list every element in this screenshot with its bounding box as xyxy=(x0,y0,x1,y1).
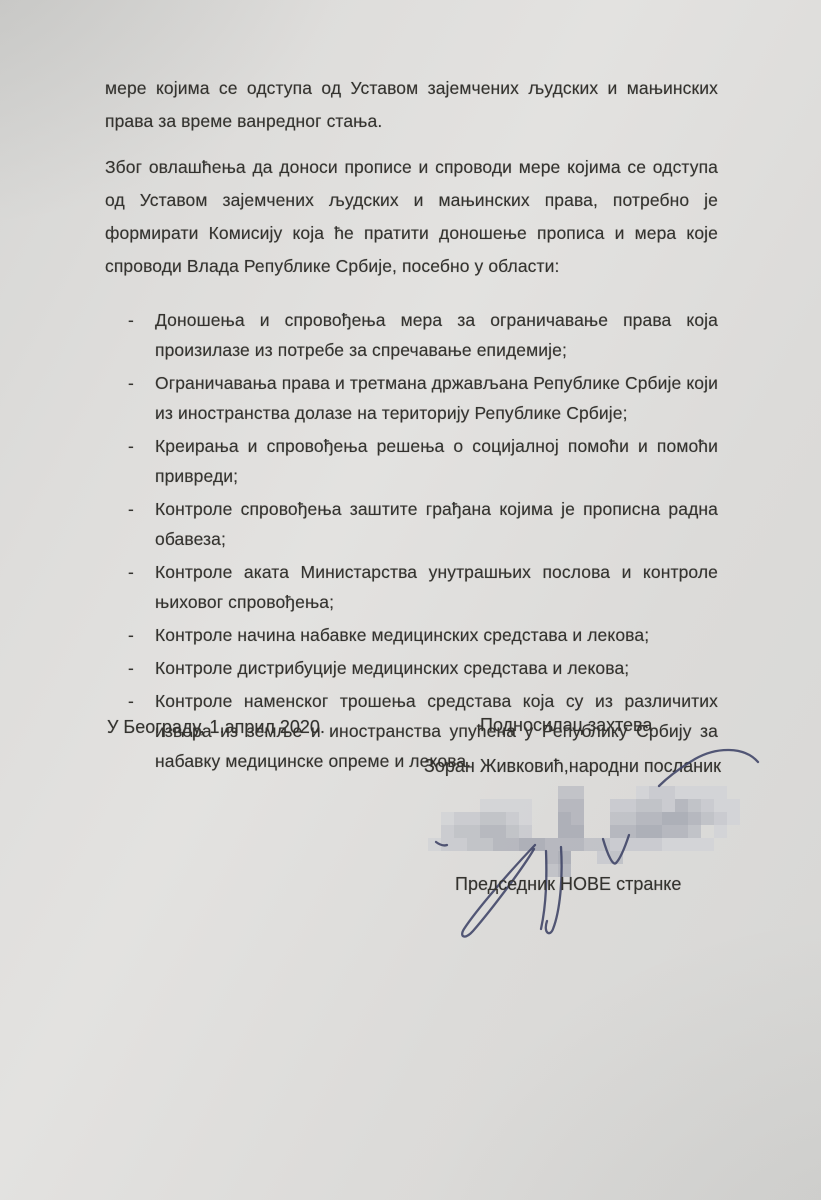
bullet-item: - Контроле дистрибуције медицинских сред… xyxy=(128,653,718,683)
bullet-item: - Доношења и спровођења мера за огранича… xyxy=(128,305,718,365)
document-body: мере којима се одступа од Уставом зајемч… xyxy=(105,72,718,779)
redaction-mosaic xyxy=(428,786,740,881)
bullet-dash: - xyxy=(128,557,155,617)
bullet-text: Контроле аката Министарства унутрашњих п… xyxy=(155,557,718,617)
bullet-dash: - xyxy=(128,431,155,491)
signer-title: Председник НОВЕ странке xyxy=(455,874,681,895)
place-date: У Београду, 1.април 2020. xyxy=(107,717,325,738)
bullet-item: - Креирања и спровођења решења о социјал… xyxy=(128,431,718,491)
bullet-dash: - xyxy=(128,305,155,365)
body-paragraph: Због овлашћења да доноси прописе и спров… xyxy=(105,151,718,283)
document-page: мере којима се одступа од Уставом зајемч… xyxy=(0,0,821,1200)
bullet-text: Креирања и спровођења решења о социјално… xyxy=(155,431,718,491)
bullet-list: - Доношења и спровођења мера за огранича… xyxy=(105,305,718,776)
bullet-text: Ограничавања права и третмана држављана … xyxy=(155,368,718,428)
body-paragraph: мере којима се одступа од Уставом зајемч… xyxy=(105,72,718,138)
bullet-item: - Ограничавања права и третмана држављан… xyxy=(128,368,718,428)
bullet-dash: - xyxy=(128,620,155,650)
bullet-item: - Контроле спровођења заштите грађана ко… xyxy=(128,494,718,554)
submitter-label: Подносилац захтева xyxy=(480,715,652,736)
bullet-dash: - xyxy=(128,368,155,428)
bullet-dash: - xyxy=(128,653,155,683)
bullet-dash: - xyxy=(128,494,155,554)
bullet-text: Контроле начина набавке медицинских сред… xyxy=(155,620,718,650)
submitter-name: Зоран Живковић,народни посланик xyxy=(424,756,721,777)
bullet-item: - Контроле аката Министарства унутрашњих… xyxy=(128,557,718,617)
bullet-text: Доношења и спровођења мера за ограничава… xyxy=(155,305,718,365)
bullet-text: Контроле спровођења заштите грађана који… xyxy=(155,494,718,554)
bullet-text: Контроле дистрибуције медицинских средст… xyxy=(155,653,718,683)
bullet-item: - Контроле начина набавке медицинских ср… xyxy=(128,620,718,650)
